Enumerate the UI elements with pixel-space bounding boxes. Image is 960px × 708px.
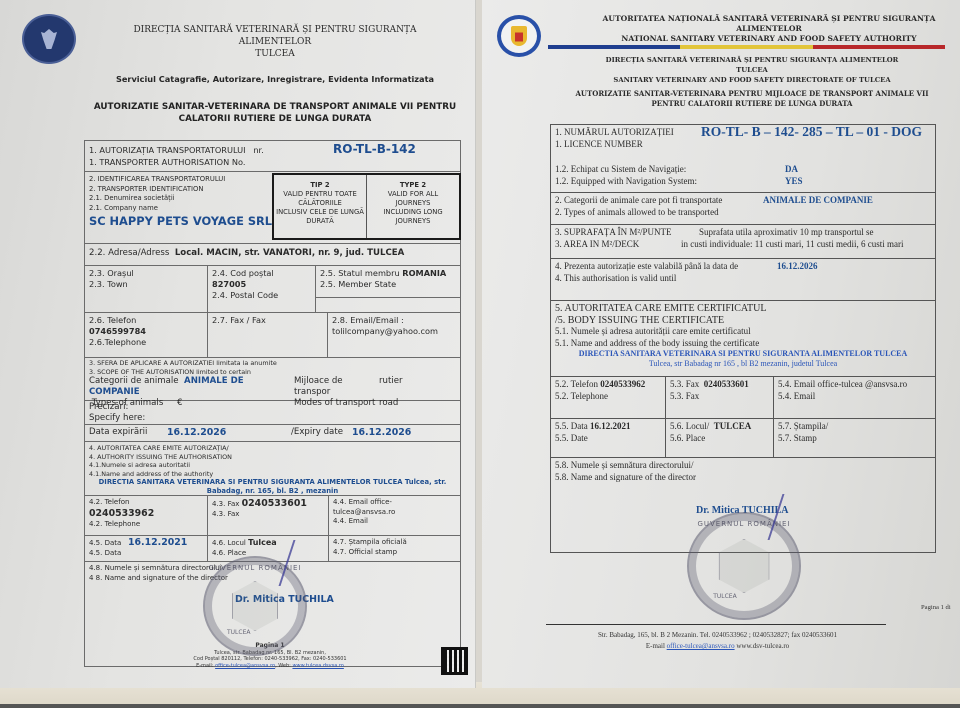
- expiry-date: 16.12.2026: [167, 427, 226, 438]
- expiry-label-en: /Expiry date: [291, 427, 343, 437]
- footer-email-link[interactable]: office-tulcea@ansvsa.ro: [215, 663, 275, 669]
- director-label: 5.8. Numele și semnătura directorului/: [555, 460, 931, 472]
- footer-web-link[interactable]: www.dsv-tulcea.ro: [736, 642, 789, 650]
- date-label-en: 4.5. Data: [89, 549, 203, 559]
- date-label-en: 5.5. Date: [555, 433, 661, 445]
- fax-label-en: 5.3. Fax: [670, 391, 769, 403]
- specify-label: Precizări:: [89, 402, 456, 413]
- stamp-crest-icon: [719, 539, 770, 593]
- town-cell: 2.3. Orașul 2.3. Town: [85, 266, 208, 312]
- authority-name: DIRECTIA SANITARA VETERINARA SI PENTRU S…: [555, 349, 931, 359]
- section-4-issuing-authority: 4. AUTORITATEA CARE EMITE AUTORIZAȚIA/ 4…: [85, 442, 460, 496]
- director-label-en: 5.8. Name and signature of the director: [555, 472, 931, 484]
- type-en: TYPE 2 VALID FOR ALL JOURNEYS INCLUDING …: [366, 175, 459, 238]
- animal-category: ANIMALE DE COMPANIE: [763, 195, 873, 207]
- ansvsa-seal-icon: [497, 15, 541, 57]
- tricolor-yellow: [680, 45, 812, 49]
- postal-label-en: 2.4. Postal Code: [212, 290, 311, 301]
- label: 4. Prezenta autorizație este valabilă pâ…: [555, 261, 931, 273]
- footer-web-link[interactable]: www.tulcea.dsvsa.ro: [292, 663, 343, 669]
- expiry-label: Data expirării: [89, 427, 147, 437]
- authority-email-cell: 4.4. Email office- tulcea@ansvsa.ro 4.4.…: [329, 496, 460, 535]
- label: 3. SFERA DE APLICARE A AUTORIZATIEI limi…: [89, 359, 456, 368]
- left-document-title: AUTORIZATIE SANITAR-VETERINARA DE TRANSP…: [80, 101, 470, 125]
- table-edge: [0, 704, 960, 708]
- postal-label: 2.4. Cod poștal: [212, 268, 311, 279]
- section-1-authorisation-number: 1. AUTORIZAȚIA TRANSPORTATORULUI nr. 1. …: [85, 141, 460, 172]
- label-en: 3. SCOPE OF THE AUTORISATION limited to …: [89, 368, 456, 377]
- postal-cell: 2.4. Cod poștal 827005 2.4. Postal Code: [208, 266, 316, 312]
- title-line-2: PENTRU CALATORII RUTIERE DE LUNGA DURATA: [552, 99, 952, 109]
- fax-number: 0240533601: [704, 379, 749, 389]
- label-en: 4. AUTHORITY ISSUING THE AUTHORISATION: [89, 453, 456, 462]
- footer-web-label: , Web:: [275, 663, 291, 669]
- phone-label: 4.2. Telefon: [89, 498, 203, 508]
- section-1-licence-number: 1. NUMĂRUL AUTORIZAȚIEI 1. LICENCE NUMBE…: [551, 125, 935, 193]
- email-label: 4.4. Email office-: [333, 498, 456, 508]
- title-line-2: CALATORII RUTIERE DE LUNGA DURATA: [80, 113, 470, 125]
- authority-contact-row: 4.2. Telefon 0240533962 4.2. Telephone 4…: [85, 496, 460, 536]
- place-label: 4.6. Locul: [212, 539, 246, 547]
- phone-label-en: 5.2. Telephone: [555, 391, 661, 403]
- type-ro: TIP 2 VALID PENTRU TOATE CĂLĂTORIILE INC…: [274, 175, 366, 238]
- place-label: 5.6. Locul/: [670, 421, 709, 431]
- expiry-row: Data expirării 16.12.2026 /Expiry date 1…: [85, 425, 460, 442]
- authority-phone-cell: 4.2. Telefon 0240533962 4.2. Telephone: [85, 496, 208, 535]
- section-3-scope: 3. SFERA DE APLICARE A AUTORIZATIEI limi…: [85, 358, 460, 401]
- name-label: 4.1.Numele si adresa autoritatii: [89, 461, 456, 470]
- right-page-footer: Str. Babadag, 165, bl. B 2 Mezanin. Tel.…: [540, 630, 895, 652]
- date-label: 5.5. Data: [555, 421, 588, 431]
- section-2-transporter-identification: 2. IDENTIFICAREA TRANSPORTATORULUI 2. TR…: [85, 172, 460, 244]
- valid-until-date: 16.12.2026: [777, 261, 818, 273]
- place-value: Tulcea: [248, 538, 277, 547]
- label: 2. Categorii de animale care pot fi tran…: [555, 195, 931, 207]
- phone-label-en: 2.6.Telephone: [89, 337, 203, 348]
- name-label-en: 5.1. Name and address of the body issuin…: [555, 338, 931, 350]
- label: 4. AUTORITATEA CARE EMITE AUTORIZAȚIA/: [89, 444, 456, 453]
- name-label: 5.1. Numele și adresa autorității care e…: [555, 326, 931, 338]
- directorate-name-en: SANITARY VETERINARY AND FOOD SAFETY DIRE…: [562, 75, 942, 85]
- crest-shield-icon: [515, 32, 523, 41]
- categories-label: Categorii de animale: [89, 376, 179, 386]
- stamp-cell: 5.7. Ștampila/ 5.7. Stamp: [774, 419, 935, 457]
- stamp-label-en: 4.7. Official stamp: [333, 548, 456, 558]
- section-4-validity: 4. Prezenta autorizație este valabilă pâ…: [551, 259, 935, 301]
- footer-email-label: E-mail:: [196, 663, 213, 669]
- directorate-name-ro: DIRECȚIA SANITARĂ VETERINARĂ ȘI PENTRU S…: [562, 55, 942, 65]
- footer-address: Str. Babadag, 165, bl. B 2 Mezanin. Tel.…: [540, 630, 895, 641]
- authority-address: Babadag, nr. 165, bl. B2 , mezanin: [89, 487, 456, 496]
- authority-name: DIRECTIA SANITARA VETERINARA SI PENTRU S…: [89, 478, 456, 487]
- email-address: tolilcompany@yahoo.com: [332, 326, 456, 337]
- type-title: TYPE 2: [367, 181, 459, 190]
- place-value: TULCEA: [714, 421, 752, 431]
- area-cages: in custi individuale: 11 custi mari, 11 …: [681, 239, 904, 251]
- expiry-date-en: 16.12.2026: [352, 427, 411, 438]
- footer-email-link[interactable]: office-tulcea@ansvsa.ro: [667, 642, 735, 650]
- phone-number: 0240533962: [89, 508, 203, 520]
- stamp-bottom-text: TULCEA: [227, 629, 250, 636]
- email-cell: 5.4. Email office-tulcea @ansvsa.ro 5.4.…: [774, 377, 935, 418]
- eagle-icon: [41, 29, 57, 49]
- town-label: 2.3. Orașul: [89, 268, 203, 279]
- state-label-en: 2.5. Member State: [320, 279, 456, 290]
- phone-number: 0746599784: [89, 326, 203, 337]
- section-3-area: 3. SUPRAFAȚA ÎN M²/PUNTE 3. AREA IN M²/D…: [551, 225, 935, 259]
- type-line: VALID PENTRU TOATE: [274, 190, 366, 199]
- phone-label: 2.6. Telefon: [89, 315, 203, 326]
- nav-value-en: YES: [785, 176, 803, 188]
- issue-date: 16.12.2021: [590, 421, 631, 431]
- address-row: 2.2. Adresa/Adress Local. MACIN, str. VA…: [85, 244, 460, 266]
- label-en: 1. LICENCE NUMBER: [555, 139, 931, 151]
- footer-email-label: E-mail: [646, 642, 665, 650]
- town-label-en: 2.3. Town: [89, 279, 203, 290]
- footer-divider: [546, 624, 886, 625]
- authority-name-en: NATIONAL SANITARY VETERINARY AND FOOD SA…: [582, 34, 956, 44]
- label: 1. AUTORIZAȚIA TRANSPORTATORULUI: [89, 145, 246, 155]
- state-cell: 2.5. Statul membru ROMANIA 2.5. Member S…: [316, 266, 460, 298]
- right-directorate-header: DIRECȚIA SANITARĂ VETERINARĂ ȘI PENTRU S…: [562, 55, 942, 85]
- email-label: 2.8. Email/Email :: [332, 315, 456, 326]
- type-line: INCLUSIV CELE DE LUNGĂ: [274, 208, 366, 217]
- right-licence-form: 1. NUMĂRUL AUTORIZAȚIEI 1. LICENCE NUMBE…: [550, 124, 936, 553]
- type-line: CĂLĂTORIILE: [274, 199, 366, 208]
- title-line-1: AUTORIZATIE SANITAR-VETERINARA DE TRANSP…: [80, 101, 470, 113]
- member-state: ROMANIA: [402, 268, 446, 278]
- email-address: tulcea@ansvsa.ro: [333, 508, 456, 518]
- name-label-en: 4.1.Name and address of the authority: [89, 470, 456, 479]
- fax-label-en: 4.3. Fax: [212, 510, 324, 520]
- nav-label-en: 1.2. Equipped with Navigation System:: [555, 176, 697, 186]
- issuing-date-place-row: 5.5. Data 16.12.2021 5.5. Date 5.6. Locu…: [551, 419, 935, 458]
- transporter-type-box: TIP 2 VALID PENTRU TOATE CĂLĂTORIILE INC…: [272, 173, 461, 240]
- phone-label: 5.2. Telefon: [555, 379, 598, 389]
- authority-name-ro: AUTORITATEA NAȚIONALĂ SANITARĂ VETERINAR…: [582, 14, 956, 34]
- specify-row: Precizări: Specify here:: [85, 401, 460, 425]
- place-cell: 5.6. Locul/ TULCEA 5.6. Place: [666, 419, 774, 457]
- address-label: 2.2. Adresa/Adress: [89, 248, 169, 258]
- label-en: 2. Types of animals allowed to be transp…: [555, 207, 931, 219]
- nav-value: DA: [785, 164, 798, 176]
- stamp-label: 5.7. Ștampila/: [778, 421, 931, 433]
- date-cell: 5.5. Data 16.12.2021 5.5. Date: [551, 419, 666, 457]
- email-label-en: 4.4. Email: [333, 517, 456, 527]
- email-cell: 2.8. Email/Email : tolilcompany@yahoo.co…: [328, 313, 460, 357]
- phone-number: 0240533962: [600, 379, 645, 389]
- fax-number: 0240533601: [242, 498, 307, 509]
- label-nr: nr.: [253, 145, 263, 155]
- type-title: TIP 2: [274, 181, 366, 190]
- licence-number: RO-TL- B – 142- 285 – TL – 01 - DOG: [701, 126, 922, 138]
- guvernul-romaniei-seal-icon: [22, 14, 76, 64]
- right-authority-header: AUTORITATEA NAȚIONALĂ SANITARĂ VETERINAR…: [582, 14, 956, 44]
- town-postal-state-row: 2.3. Orașul 2.3. Town 2.4. Cod poștal 82…: [85, 266, 460, 313]
- issue-date: 16.12.2021: [128, 537, 187, 548]
- stamp-bottom-text: TULCEA: [713, 593, 736, 600]
- label: 5. AUTORITATEA CARE EMITE CERTIFICATUL: [555, 303, 931, 315]
- institution-city: TULCEA: [100, 48, 450, 60]
- type-line: JOURNEYS: [367, 217, 459, 226]
- page-number: Pagina 1 di: [921, 604, 951, 611]
- section-2-animal-types: 2. Categorii de animale care pot fi tran…: [551, 193, 935, 225]
- fax-cell: 5.3. Fax 0240533601 5.3. Fax: [666, 377, 774, 418]
- specify-label-en: Specify here:: [89, 413, 456, 424]
- title-line-1: AUTORIZATIE SANITAR-VETERINARA PENTRU MI…: [552, 89, 952, 99]
- state-label: 2.5. Statul membru: [320, 268, 400, 278]
- authority-fax-cell: 4.3. Fax 0240533601 4.3. Fax: [208, 496, 329, 535]
- stamp-label: 4.7. Ștampila oficială: [333, 538, 456, 548]
- fax-cell: 2.7. Fax / Fax: [208, 313, 328, 357]
- label-en: /5. BODY ISSUING THE CERTIFICATE: [555, 315, 931, 327]
- phone-cell: 5.2. Telefon 0240533962 5.2. Telephone: [551, 377, 666, 418]
- phone-cell: 2.6. Telefon 0746599784 2.6.Telephone: [85, 313, 208, 357]
- fax-label: 4.3. Fax: [212, 500, 239, 508]
- area-value: Suprafata utila aproximativ 10 mp transp…: [699, 227, 873, 239]
- stamp-label-en: 5.7. Stamp: [778, 433, 931, 445]
- stamp-cell: 4.7. Ștampila oficială 4.7. Official sta…: [329, 536, 460, 561]
- transport-mode: rutier: [379, 376, 439, 398]
- left-institution-header: DIRECȚIA SANITARĂ VETERINARĂ ȘI PENTRU S…: [100, 24, 450, 60]
- issue-date-cell: 4.5. Data 16.12.2021 4.5. Data: [85, 536, 208, 561]
- nav-label: 1.2. Echipat cu Sistem de Navigație:: [555, 164, 686, 174]
- service-name: Serviciul Catagrafie, Autorizare, Inregi…: [80, 74, 470, 84]
- date-label: 4.5. Data: [89, 539, 121, 547]
- phone-label-en: 4.2. Telephone: [89, 520, 203, 530]
- place-label-en: 5.6. Place: [670, 433, 769, 445]
- tricolor-divider: [548, 45, 945, 49]
- address-value: Local. MACIN, str. VANATORI, nr. 9, jud.…: [175, 248, 405, 258]
- email-label-en: 5.4. Email: [778, 391, 931, 403]
- tricolor-blue: [548, 45, 680, 49]
- type-line: VALID FOR ALL: [367, 190, 459, 199]
- fax-label: 2.7. Fax / Fax: [212, 315, 323, 326]
- tricolor-red: [813, 45, 945, 49]
- transport-label: Mijloace de transpor: [294, 376, 379, 398]
- directorate-city: TULCEA: [562, 65, 942, 75]
- section-5-issuing-body: 5. AUTORITATEA CARE EMITE CERTIFICATUL /…: [551, 301, 935, 377]
- type-line: INCLUDING LONG: [367, 208, 459, 217]
- label-en: 1. TRANSPORTER AUTHORISATION No.: [89, 156, 456, 168]
- issuing-contact-row: 5.2. Telefon 0240533962 5.2. Telephone 5…: [551, 377, 935, 419]
- authority-address: Tulcea, str Babadag nr 165 , bl B2 mezan…: [555, 359, 931, 369]
- fax-label: 5.3. Fax: [670, 379, 699, 389]
- right-document-title: AUTORIZATIE SANITAR-VETERINARA PENTRU MI…: [552, 89, 952, 109]
- label-en: 4. This authorisation is valid until: [555, 273, 931, 285]
- email-label: 5.4. Email office-tulcea @ansvsa.ro: [778, 379, 931, 391]
- authorisation-number: RO-TL-B-142: [333, 143, 416, 155]
- postal-code: 827005: [212, 279, 311, 290]
- qr-code-icon: [441, 647, 468, 675]
- contact-row: 2.6. Telefon 0746599784 2.6.Telephone 2.…: [85, 313, 460, 358]
- type-line: JOURNEYS: [367, 199, 459, 208]
- institution-name: DIRECȚIA SANITARĂ VETERINARĂ ȘI PENTRU S…: [100, 24, 450, 48]
- stamp-crest-icon: [232, 581, 278, 631]
- type-line: DURATĂ: [274, 217, 366, 226]
